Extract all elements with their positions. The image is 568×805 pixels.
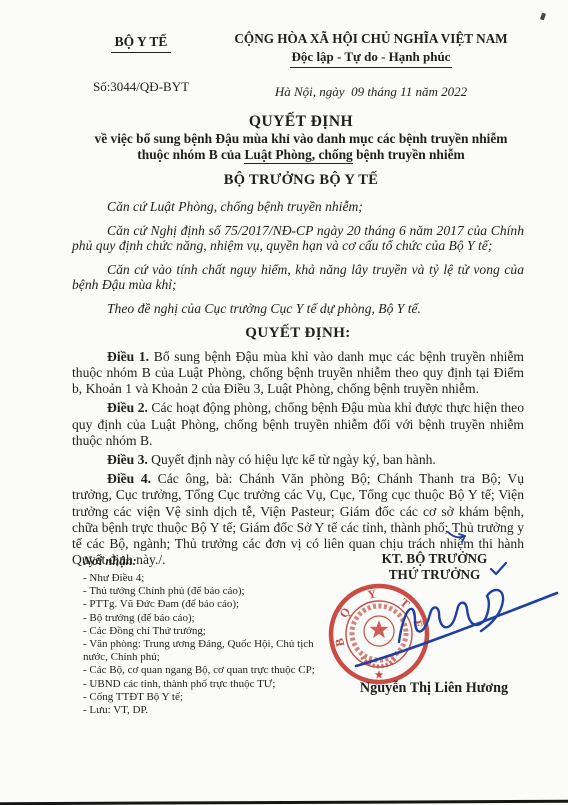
article-label: Điều 1. [107,349,149,364]
signer-name: Nguyễn Thị Liên Hương [348,680,520,697]
preamble-paragraph: Căn cứ Luật Phòng, chống bệnh truyền nhi… [72,199,524,214]
place-date-line: Hà Nội, ngày 09 tháng 11 năm 2022 [226,84,516,100]
recipient-item: - Thủ tướng Chính phủ (để báo cáo); [83,585,335,598]
preamble-paragraph: Theo đề nghị của Cục trưởng Cục Y tế dự … [72,301,524,316]
document-number: Số:3044/QĐ-BYT [58,79,224,95]
handwritten-signature [342,576,567,678]
recipient-item: - Bộ trưởng (để báo cáo); [83,612,335,625]
national-motto: Độc lập - Tự do - Hạnh phúc [290,49,453,68]
document-body: Căn cứ Luật Phòng, chống bệnh truyền nhi… [72,199,524,571]
recipient-item: - UBND các tỉnh, thành phố trực thuộc TƯ… [83,678,335,691]
pen-mark-icon [446,528,474,547]
article-text: Quyết định này có hiệu lực kể từ ngày ký… [148,452,436,467]
recipient-item: - Văn phòng: Trung ương Đảng, Quốc Hội, … [83,638,335,664]
preamble-paragraph: Căn cứ Nghị định số 75/2017/NĐ-CP ngày 2… [72,223,524,254]
article-label: Điều 4. [107,471,151,486]
ministry-name: BỘ Y TẾ [111,34,172,53]
scan-speck [540,13,546,21]
article-paragraph: Điều 1. Bổ sung bệnh Đậu mùa khỉ vào dan… [72,349,524,398]
recipient-item: - Cổng TTĐT Bộ Y tế; [83,691,335,704]
issuing-authority: BỘ TRƯỞNG BỘ Y TẾ [64,172,538,189]
recipient-item: - Các Bộ, cơ quan ngang Bộ, cơ quan trực… [83,664,335,677]
recipients-section: Nơi nhận: - Như Điều 4; - Thủ tướng Chín… [83,554,335,717]
article-label: Điều 3. [107,452,148,467]
article-paragraph: Điều 2. Các hoạt động phòng, chống bệnh … [72,400,524,449]
header-right-column: CỘNG HÒA XÃ HỘI CHỦ NGHĨA VIỆT NAM Độc l… [226,31,516,100]
scan-edge-line [0,800,568,805]
decision-heading: QUYẾT ĐỊNH: [72,325,524,342]
article-label: Điều 2. [107,400,148,415]
national-title: CỘNG HÒA XÃ HỘI CHỦ NGHĨA VIỆT NAM [226,31,516,47]
underlined-law-phrase: Luật Phòng, chống [244,147,352,164]
header-left-column: BỘ Y TẾ Số:3044/QĐ-BYT [58,33,224,95]
decision-subtitle-1: về việc bổ sung bệnh Đậu mùa khỉ vào dan… [64,131,538,147]
decision-title-block: QUYẾT ĐỊNH về việc bổ sung bệnh Đậu mùa … [64,113,538,189]
recipients-label: Nơi nhận: [83,554,335,569]
recipient-item: - PTTg. Vũ Đức Đam (để báo cáo); [83,598,335,611]
decision-subtitle-2: thuộc nhóm B của Luật Phòng, chống bệnh … [64,147,538,163]
approval-checkmark-icon [489,561,508,576]
recipient-item: - Các Đồng chí Thứ trưởng; [83,625,335,638]
recipient-item: - Như Điều 4; [83,572,335,585]
decision-title: QUYẾT ĐỊNH [64,113,538,131]
article-paragraph: Điều 3. Quyết định này có hiệu lực kể từ… [72,452,524,468]
recipient-item: - Lưu: VT, DP. [83,704,335,717]
preamble-paragraph: Căn cứ vào tính chất nguy hiểm, khả năng… [72,262,524,293]
preamble-section: Căn cứ Luật Phòng, chống bệnh truyền nhi… [72,199,524,316]
